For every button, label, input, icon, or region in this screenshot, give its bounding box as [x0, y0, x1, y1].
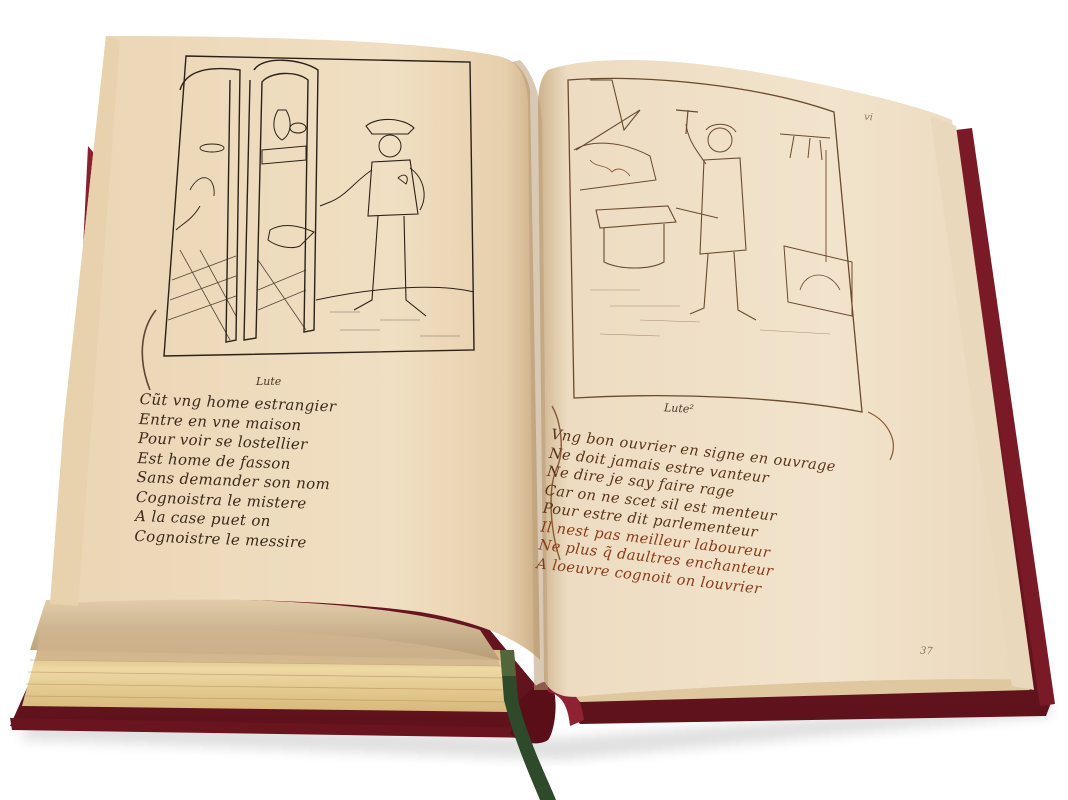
- folio-number-top: vi: [864, 112, 874, 124]
- right-illustration-caption: Lute²: [664, 401, 694, 416]
- book-photo: Lute Lute² Cũt vng home estrangier Entre…: [0, 0, 1068, 800]
- left-page-verse: Cũt vng home estrangier Entre en vne mai…: [134, 392, 337, 555]
- left-illustration-caption: Lute: [256, 375, 281, 388]
- folio-number-bottom: 37: [920, 646, 933, 658]
